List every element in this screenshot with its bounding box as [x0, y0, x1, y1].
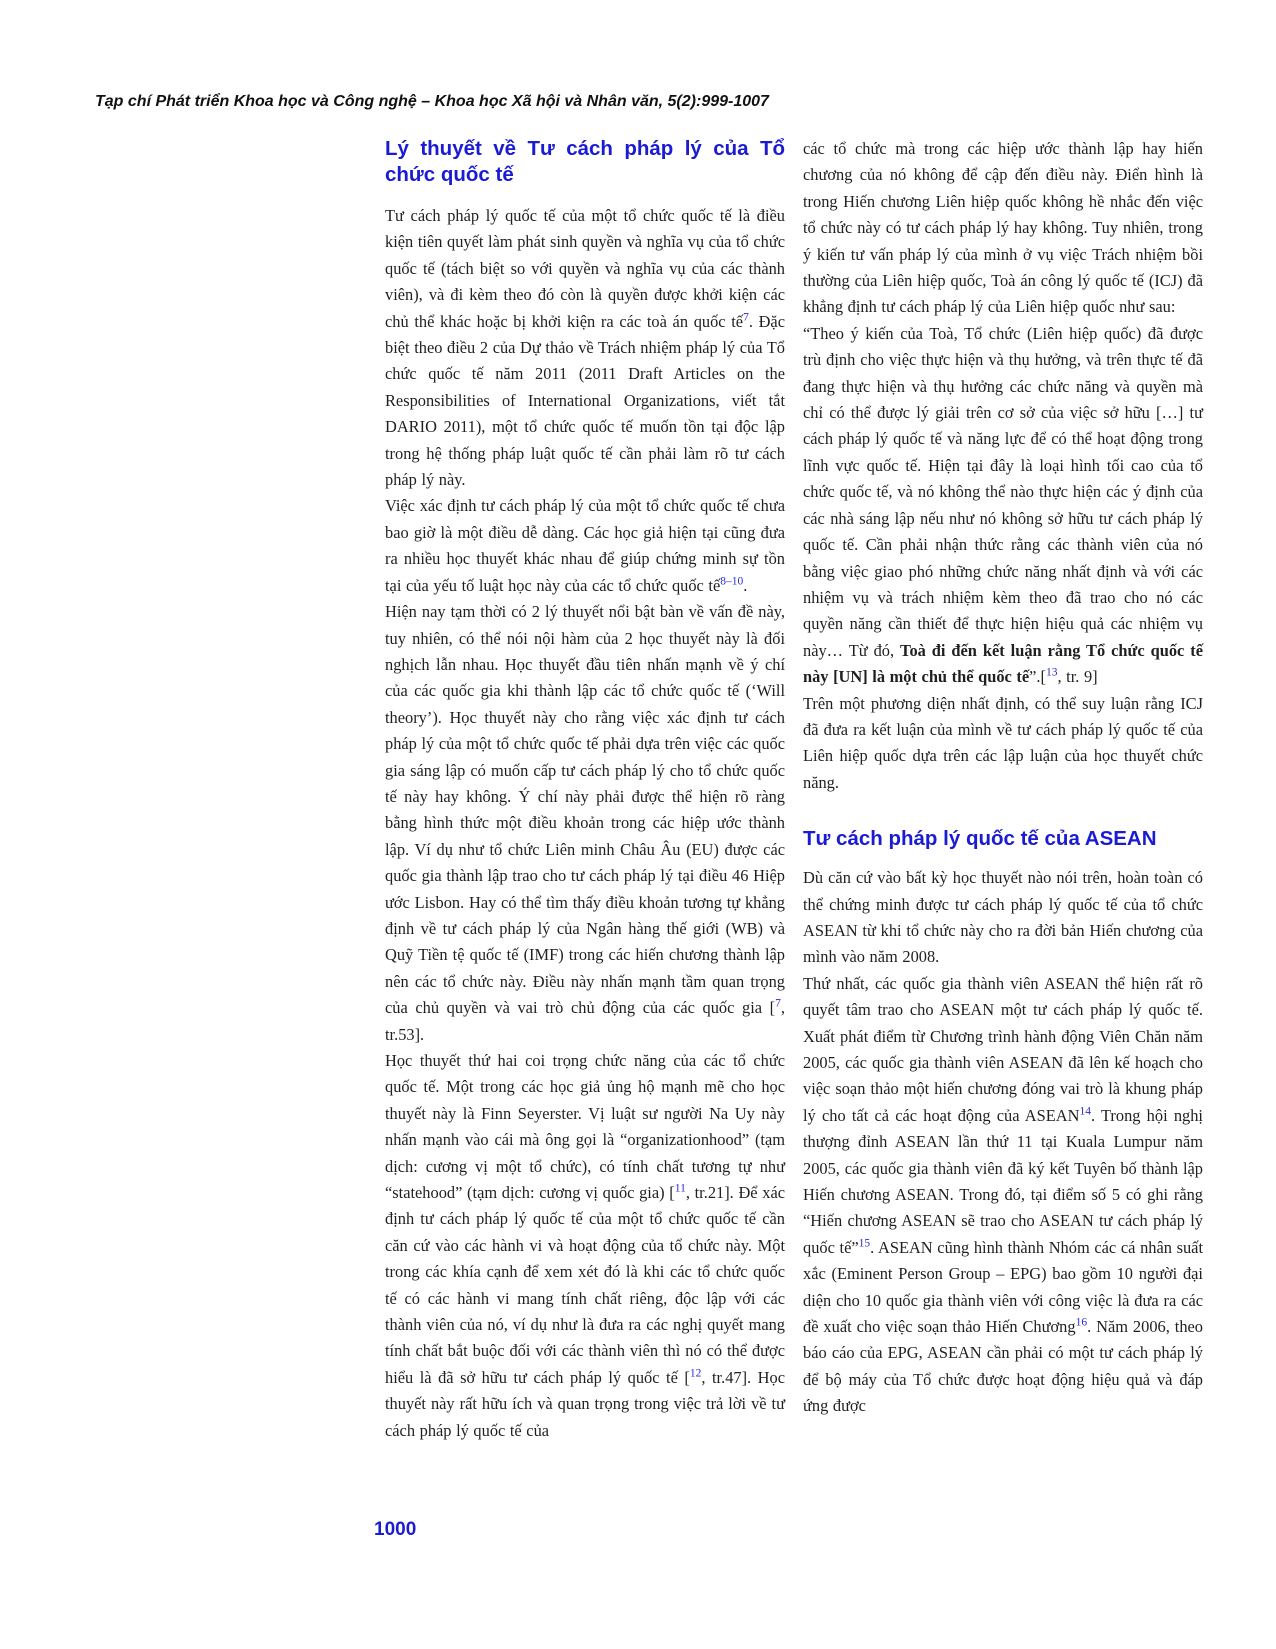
text-segment: Học thuyết thứ hai coi trọng chức năng c…	[385, 1051, 785, 1202]
text-segment: Trên một phương diện nhất định, có thể s…	[803, 694, 1203, 792]
page-number: 1000	[374, 1519, 416, 1541]
text-segment: Thứ nhất, các quốc gia thành viên ASEAN …	[803, 974, 1203, 1125]
paragraph: Trên một phương diện nhất định, có thể s…	[803, 691, 1203, 797]
citation-superscript: 8–10	[720, 575, 743, 587]
text-segment: , tr.21]. Để xác định tư cách pháp lý qu…	[385, 1183, 785, 1387]
paragraph: Hiện nay tạm thời có 2 lý thuyết nổi bật…	[385, 599, 785, 1048]
text-segment: Tư cách pháp lý quốc tế của một tổ chức …	[385, 206, 785, 331]
journal-header-line: Tạp chí Phát triển Khoa học và Công nghệ…	[95, 93, 855, 111]
paragraph: Việc xác định tư cách pháp lý của một tổ…	[385, 493, 785, 599]
text-segment: . Đặc biệt theo điều 2 của Dự thảo về Tr…	[385, 312, 785, 489]
text-segment: , tr. 9]	[1057, 667, 1097, 686]
citation-superscript: 14	[1079, 1105, 1091, 1117]
quote-paragraph: “Theo ý kiến của Toà, Tổ chức (Liên hiệp…	[803, 321, 1203, 691]
text-segment: các tổ chức mà trong các hiệp ước thành …	[803, 139, 1203, 316]
text-segment: Dù căn cứ vào bất kỳ học thuyết nào nói …	[803, 868, 1203, 966]
text-segment: ”.[	[1029, 667, 1046, 686]
citation-superscript: 12	[690, 1367, 702, 1379]
section-heading-legal-theory: Lý thuyết về Tư cách pháp lý của Tổ chức…	[385, 136, 785, 188]
right-column: các tổ chức mà trong các hiệp ước thành …	[803, 136, 1203, 1420]
text-segment: .	[743, 576, 747, 595]
section-heading-asean-legal-status: Tư cách pháp lý quốc tế của ASEAN	[803, 826, 1203, 852]
text-segment: “Theo ý kiến của Toà, Tổ chức (Liên hiệp…	[803, 324, 1203, 660]
text-segment: . Trong hội nghị thượng đỉnh ASEAN lần t…	[803, 1106, 1203, 1257]
paragraph: Thứ nhất, các quốc gia thành viên ASEAN …	[803, 971, 1203, 1420]
paragraph: Tư cách pháp lý quốc tế của một tổ chức …	[385, 203, 785, 493]
left-column: Lý thuyết về Tư cách pháp lý của Tổ chức…	[385, 136, 785, 1444]
paragraph: Dù căn cứ vào bất kỳ học thuyết nào nói …	[803, 865, 1203, 971]
citation-superscript: 16	[1076, 1317, 1088, 1329]
citation-superscript: 11	[675, 1183, 686, 1195]
text-segment: Hiện nay tạm thời có 2 lý thuyết nổi bật…	[385, 602, 785, 1017]
paragraph: Học thuyết thứ hai coi trọng chức năng c…	[385, 1048, 785, 1444]
article-body: Lý thuyết về Tư cách pháp lý của Tổ chức…	[385, 136, 1203, 1444]
paragraph: các tổ chức mà trong các hiệp ước thành …	[803, 136, 1203, 321]
citation-superscript: 13	[1046, 667, 1058, 679]
citation-superscript: 15	[859, 1237, 871, 1249]
